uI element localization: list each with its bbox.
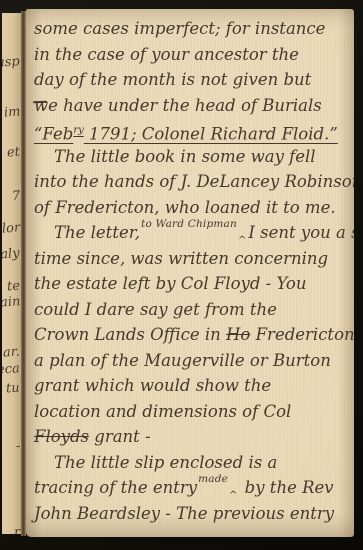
letter-text-segment: Fredericton	[250, 325, 354, 344]
letter-text-segment: to Ward Chipman	[141, 212, 237, 238]
facing-page-text-fragment: asp	[2, 54, 20, 71]
facing-page-text-fragment: lor	[2, 220, 21, 236]
letter-text-segment: ry	[73, 125, 83, 136]
letter-line: tracing of the entrymade^ by the Rev	[34, 475, 354, 501]
facing-page-text-fragment: et	[7, 145, 21, 161]
letter-text-segment: Crown Lands Office in	[34, 325, 226, 344]
letter-text-segment: tracing of the entry	[34, 478, 197, 497]
letter-line: the estate left by Col Floyd - You	[34, 271, 354, 297]
letter-text-segment: day of the month is not given but	[34, 70, 311, 89]
facing-page-text-fragment: eca	[2, 361, 20, 378]
facing-page-text-fragment: te	[7, 279, 21, 295]
facing-page-text-fragment: lain	[2, 294, 20, 311]
letter-text-segment: The letter,	[54, 223, 140, 242]
letter-text-segment: ^	[229, 483, 237, 509]
letter-line: location and dimensions of Col	[34, 399, 354, 425]
letter-line: could I dare say get from the	[34, 297, 354, 323]
letter-text-segment: The little book in some way fell	[54, 147, 316, 166]
letter-text-segment: The little slip enclosed is a	[54, 453, 277, 472]
letter-text-segment: we have under the head of Burials	[34, 96, 322, 115]
facing-page-text-fragment: -	[15, 439, 20, 454]
letter-line: John Beardsley - The previous entry	[34, 501, 354, 527]
letter-text-segment: location and dimensions of Col	[34, 402, 291, 421]
letter-page: some cases imperfect; for instancein the…	[26, 9, 354, 537]
letter-line: a plan of the Maugerville or Burton	[34, 348, 354, 374]
facing-page-text-fragment: tu	[6, 381, 21, 397]
letter-text-segment: made	[198, 467, 228, 493]
letter-text-segment: a plan of the Maugerville or Burton	[34, 351, 331, 370]
letter-text-segment: in the case of your ancestor the	[34, 45, 299, 64]
letter-line: some cases imperfect; for instance	[34, 16, 354, 42]
letter-line: The letter,to Ward Chipman^I sent you a …	[34, 220, 354, 246]
facing-page-text-fragment: r	[13, 525, 20, 534]
letter-line: day of the month is not given but	[34, 67, 354, 93]
letter-line: we have under the head of Burials	[34, 93, 354, 119]
letter-text-segment: could I dare say get from the	[34, 300, 277, 319]
letter-text-segment: into the hands of J. DeLancey Robinson	[34, 172, 354, 191]
letter-text-segment: some cases imperfect; for instance	[34, 19, 325, 38]
letter-line: time since, was written concerning	[34, 246, 354, 272]
letter-text-segment: grant which would show the	[34, 376, 271, 395]
letter-text-segment: 1791; Colonel Richard Floid.”	[84, 125, 338, 144]
facing-page-text-fragment: im	[3, 104, 21, 120]
letter-photograph: aspimet7lordalytelainar.ecatu-r some cas…	[0, 0, 363, 550]
letter-text-segment: I sent you a short	[248, 223, 354, 242]
letter-text-segment: Floyds	[34, 427, 89, 446]
letter-text-segment: the estate left by Col Floyd - You	[34, 274, 306, 293]
letter-text-segment: John Beardsley - The previous entry	[34, 504, 334, 523]
letter-line: grant which would show the	[34, 373, 354, 399]
letter-text-segment: grant -	[89, 427, 151, 446]
facing-page-edge: aspimet7lordalytelainar.ecatu-r	[2, 13, 21, 534]
letter-text-segment: ^	[238, 228, 246, 254]
letter-line: into the hands of J. DeLancey Robinson	[34, 169, 354, 195]
letter-line: Floyds grant -	[34, 424, 354, 450]
letter-text-segment: Ho	[226, 325, 250, 344]
facing-page-text-fragment: 7	[11, 189, 20, 205]
letter-text-segment: “Feb	[34, 125, 73, 144]
letter-line: The little slip enclosed is a	[34, 450, 354, 476]
letter-line: Crown Lands Office in Ho Fredericton	[34, 322, 354, 348]
letter-line: in the case of your ancestor the	[34, 42, 354, 68]
facing-page-text-fragment: daly	[2, 246, 20, 263]
letter-line: “Febry 1791; Colonel Richard Floid.”	[34, 118, 354, 144]
letter-line: The little book in some way fell	[34, 144, 354, 170]
letter-text-segment: time since, was written concerning	[34, 249, 328, 268]
letter-text-segment: by the Rev	[239, 478, 333, 497]
facing-page-text-fragment: ar.	[3, 344, 21, 360]
